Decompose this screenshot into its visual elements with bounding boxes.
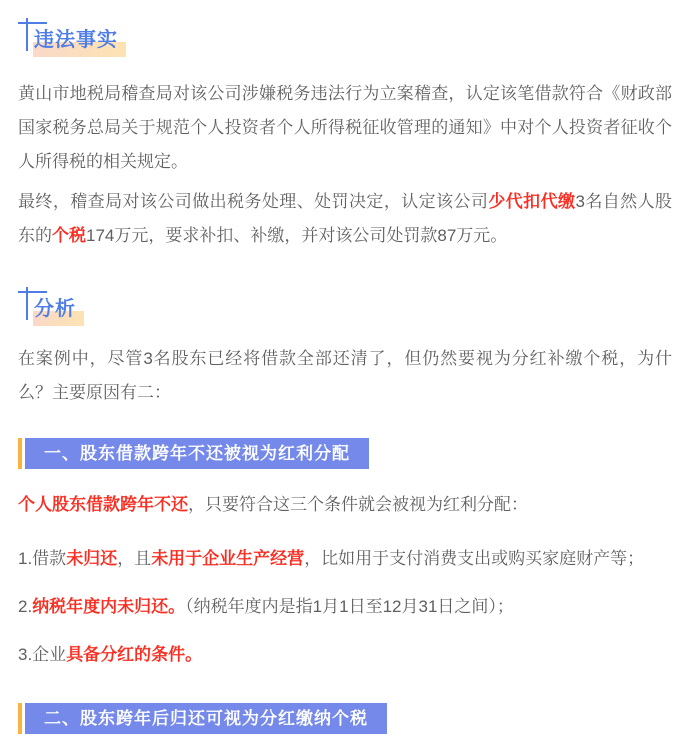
article-page: 违法事实 黄山市地税局稽查局对该公司涉嫌税务违法行为立案稽查，认定该笔借款符合《… <box>0 0 690 744</box>
crop-cross-icon <box>18 287 58 333</box>
section-heading-analysis: 分析 <box>18 283 672 326</box>
crop-cross-icon <box>18 18 58 64</box>
list-item-3: 3.企业具备分红的条件。 <box>18 638 672 672</box>
banner-title-2: 二、股东跨年后归还可视为分红缴纳个税 <box>25 703 387 734</box>
text-segment: 3.企业 <box>18 645 66 664</box>
sub-heading-banner-1: 一、股东借款跨年不还被视为红利分配 <box>18 438 672 469</box>
highlight-red-text: 未用于企业生产经营 <box>151 549 304 568</box>
highlight-red-text: 个税 <box>52 226 86 245</box>
text-segment: ，只要符合这三个条件就会被视为红利分配： <box>188 495 528 514</box>
banner-accent-bar-icon <box>18 438 22 469</box>
paragraph-facts-1: 黄山市地税局稽查局对该公司涉嫌税务违法行为立案稽查，认定该笔借款符合《财政部 国… <box>18 77 672 179</box>
highlight-red-text: 具备分红的条件。 <box>66 645 202 664</box>
text-segment: 最终，稽查局对该公司做出税务处理、处罚决定，认定该公司 <box>18 192 488 211</box>
highlight-red-text: 未归还 <box>66 549 117 568</box>
highlight-red-text: 纳税年度内未归还。 <box>32 597 185 616</box>
text-segment: 1.借款 <box>18 549 66 568</box>
banner-accent-bar-icon <box>18 703 22 734</box>
banner-title-1: 一、股东借款跨年不还被视为红利分配 <box>25 438 369 469</box>
text-segment: 2. <box>18 597 32 616</box>
paragraph-facts-2: 最终，稽查局对该公司做出税务处理、处罚决定，认定该公司少代扣代缴3名自然人股东的… <box>18 185 672 253</box>
highlight-red-text: 个人股东借款跨年不还 <box>18 495 188 514</box>
text-segment: （纳税年度内是指1月1日至12月31日之间）； <box>185 597 514 616</box>
paragraph-analysis-intro: 在案例中，尽管3名股东已经将借款全部还清了，但仍然要视为分红补缴个税，为什么？主… <box>18 342 672 410</box>
text-segment: 174万元，要求补扣、补缴，并对该公司处罚款87万元。 <box>86 226 507 245</box>
sub-heading-banner-2: 二、股东跨年后归还可视为分红缴纳个税 <box>18 703 672 734</box>
section-heading-facts: 违法事实 <box>18 14 672 57</box>
highlight-red-text: 少代扣代缴 <box>488 192 575 211</box>
text-segment: ，且 <box>117 549 151 568</box>
list-item-1: 1.借款未归还，且未用于企业生产经营，比如用于支付消费支出或购买家庭财产等； <box>18 542 672 576</box>
text-segment: ，比如用于支付消费支出或购买家庭财产等； <box>304 549 644 568</box>
list-item-2: 2.纳税年度内未归还。（纳税年度内是指1月1日至12月31日之间）； <box>18 590 672 624</box>
paragraph-conditions-lead: 个人股东借款跨年不还，只要符合这三个条件就会被视为红利分配： <box>18 488 672 522</box>
